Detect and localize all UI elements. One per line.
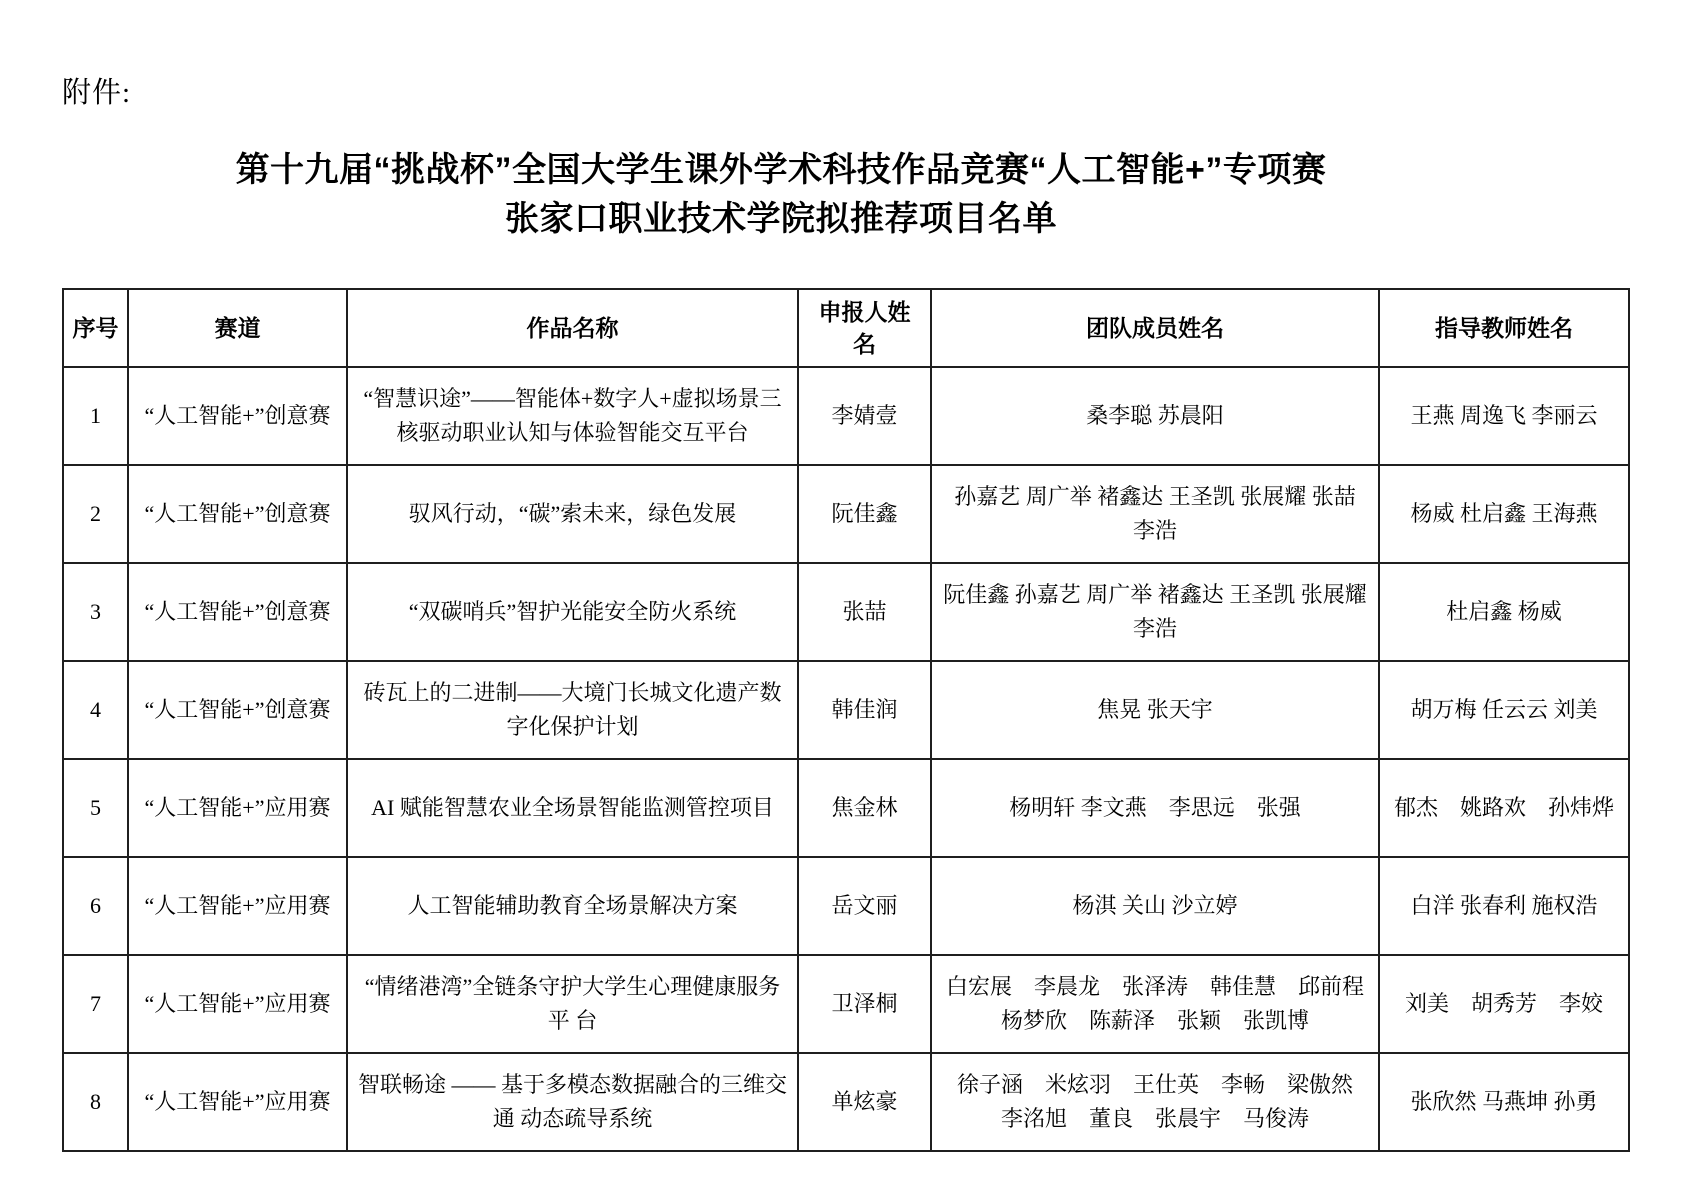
- table-row: 2 “人工智能+”创意赛 驭风行动，“碳”索未来，绿色发展 阮佳鑫 孙嘉艺 周广…: [63, 465, 1629, 563]
- cell-team: 徐子涵 米炫羽 王仕英 李畅 梁傲然 李洺旭 董良 张晨宇 马俊涛: [931, 1053, 1379, 1151]
- cell-applicant: 焦金林: [798, 759, 931, 857]
- table-row: 6 “人工智能+”应用赛 人工智能辅助教育全场景解决方案 岳文丽 杨淇 关山 沙…: [63, 857, 1629, 955]
- cell-teachers: 张欣然 马燕坤 孙勇: [1379, 1053, 1629, 1151]
- table-row: 1 “人工智能+”创意赛 “智慧识途”——智能体+数字人+虚拟场景三核驱动职业认…: [63, 367, 1629, 465]
- cell-track: “人工智能+”创意赛: [128, 367, 347, 465]
- cell-no: 1: [63, 367, 128, 465]
- cell-teachers: 白洋 张春利 施权浩: [1379, 857, 1629, 955]
- cell-title: “智慧识途”——智能体+数字人+虚拟场景三核驱动职业认知与体验智能交互平台: [347, 367, 798, 465]
- cell-track: “人工智能+”应用赛: [128, 759, 347, 857]
- cell-track: “人工智能+”应用赛: [128, 857, 347, 955]
- cell-teachers: 杜启鑫 杨威: [1379, 563, 1629, 661]
- cell-applicant: 李婧壹: [798, 367, 931, 465]
- cell-applicant: 单炫豪: [798, 1053, 931, 1151]
- table-header-row: 序号 赛道 作品名称 申报人姓名 团队成员姓名 指导教师姓名: [63, 289, 1629, 367]
- cell-no: 2: [63, 465, 128, 563]
- column-header-team: 团队成员姓名: [931, 289, 1379, 367]
- column-header-applicant: 申报人姓名: [798, 289, 931, 367]
- cell-applicant: 张喆: [798, 563, 931, 661]
- table-row: 7 “人工智能+”应用赛 “情绪港湾”全链条守护大学生心理健康服务平 台 卫泽桐…: [63, 955, 1629, 1053]
- cell-teachers: 王燕 周逸飞 李丽云: [1379, 367, 1629, 465]
- cell-no: 5: [63, 759, 128, 857]
- cell-track: “人工智能+”创意赛: [128, 661, 347, 759]
- cell-no: 7: [63, 955, 128, 1053]
- cell-no: 8: [63, 1053, 128, 1151]
- cell-title: “情绪港湾”全链条守护大学生心理健康服务平 台: [347, 955, 798, 1053]
- document-page: 附件: 第十九届“挑战杯”全国大学生课外学术科技作品竞赛“人工智能+”专项赛 张…: [0, 0, 1684, 1191]
- table-row: 5 “人工智能+”应用赛 AI 赋能智慧农业全场景智能监测管控项目 焦金林 杨明…: [63, 759, 1629, 857]
- table-row: 8 “人工智能+”应用赛 智联畅途 —— 基于多模态数据融合的三维交通 动态疏导…: [63, 1053, 1629, 1151]
- column-header-track: 赛道: [128, 289, 347, 367]
- cell-teachers: 杨威 杜启鑫 王海燕: [1379, 465, 1629, 563]
- cell-title: 人工智能辅助教育全场景解决方案: [347, 857, 798, 955]
- page-title: 第十九届“挑战杯”全国大学生课外学术科技作品竞赛“人工智能+”专项赛 张家口职业…: [0, 146, 1562, 244]
- column-header-title: 作品名称: [347, 289, 798, 367]
- cell-team: 焦晃 张天宇: [931, 661, 1379, 759]
- column-header-no: 序号: [63, 289, 128, 367]
- cell-applicant: 卫泽桐: [798, 955, 931, 1053]
- table-row: 3 “人工智能+”创意赛 “双碳哨兵”智护光能安全防火系统 张喆 阮佳鑫 孙嘉艺…: [63, 563, 1629, 661]
- cell-team: 桑李聪 苏晨阳: [931, 367, 1379, 465]
- cell-teachers: 刘美 胡秀芳 李姣: [1379, 955, 1629, 1053]
- cell-applicant: 韩佳润: [798, 661, 931, 759]
- cell-title: 砖瓦上的二进制——大境门长城文化遗产数字化保护计划: [347, 661, 798, 759]
- cell-no: 6: [63, 857, 128, 955]
- attachment-label: 附件:: [62, 70, 131, 111]
- projects-table: 序号 赛道 作品名称 申报人姓名 团队成员姓名 指导教师姓名 1 “人工智能+”…: [62, 288, 1630, 1152]
- page-title-line1: 第十九届“挑战杯”全国大学生课外学术科技作品竞赛“人工智能+”专项赛: [0, 146, 1562, 195]
- cell-track: “人工智能+”创意赛: [128, 465, 347, 563]
- cell-title: AI 赋能智慧农业全场景智能监测管控项目: [347, 759, 798, 857]
- cell-team: 白宏展 李晨龙 张泽涛 韩佳慧 邱前程 杨梦欣 陈薪泽 张颖 张凯博: [931, 955, 1379, 1053]
- cell-team: 孙嘉艺 周广举 褚鑫达 王圣凯 张展耀 张喆 李浩: [931, 465, 1379, 563]
- cell-title: 智联畅途 —— 基于多模态数据融合的三维交通 动态疏导系统: [347, 1053, 798, 1151]
- cell-team: 杨淇 关山 沙立婷: [931, 857, 1379, 955]
- cell-track: “人工智能+”应用赛: [128, 1053, 347, 1151]
- cell-track: “人工智能+”创意赛: [128, 563, 347, 661]
- column-header-teachers: 指导教师姓名: [1379, 289, 1629, 367]
- cell-applicant: 阮佳鑫: [798, 465, 931, 563]
- cell-applicant: 岳文丽: [798, 857, 931, 955]
- cell-title: 驭风行动，“碳”索未来，绿色发展: [347, 465, 798, 563]
- cell-track: “人工智能+”应用赛: [128, 955, 347, 1053]
- cell-no: 3: [63, 563, 128, 661]
- cell-team: 杨明轩 李文燕 李思远 张强: [931, 759, 1379, 857]
- cell-teachers: 郁杰 姚路欢 孙炜烨: [1379, 759, 1629, 857]
- page-title-line2: 张家口职业技术学院拟推荐项目名单: [0, 195, 1562, 244]
- cell-no: 4: [63, 661, 128, 759]
- cell-teachers: 胡万梅 任云云 刘美: [1379, 661, 1629, 759]
- table-row: 4 “人工智能+”创意赛 砖瓦上的二进制——大境门长城文化遗产数字化保护计划 韩…: [63, 661, 1629, 759]
- cell-team: 阮佳鑫 孙嘉艺 周广举 褚鑫达 王圣凯 张展耀 李浩: [931, 563, 1379, 661]
- cell-title: “双碳哨兵”智护光能安全防火系统: [347, 563, 798, 661]
